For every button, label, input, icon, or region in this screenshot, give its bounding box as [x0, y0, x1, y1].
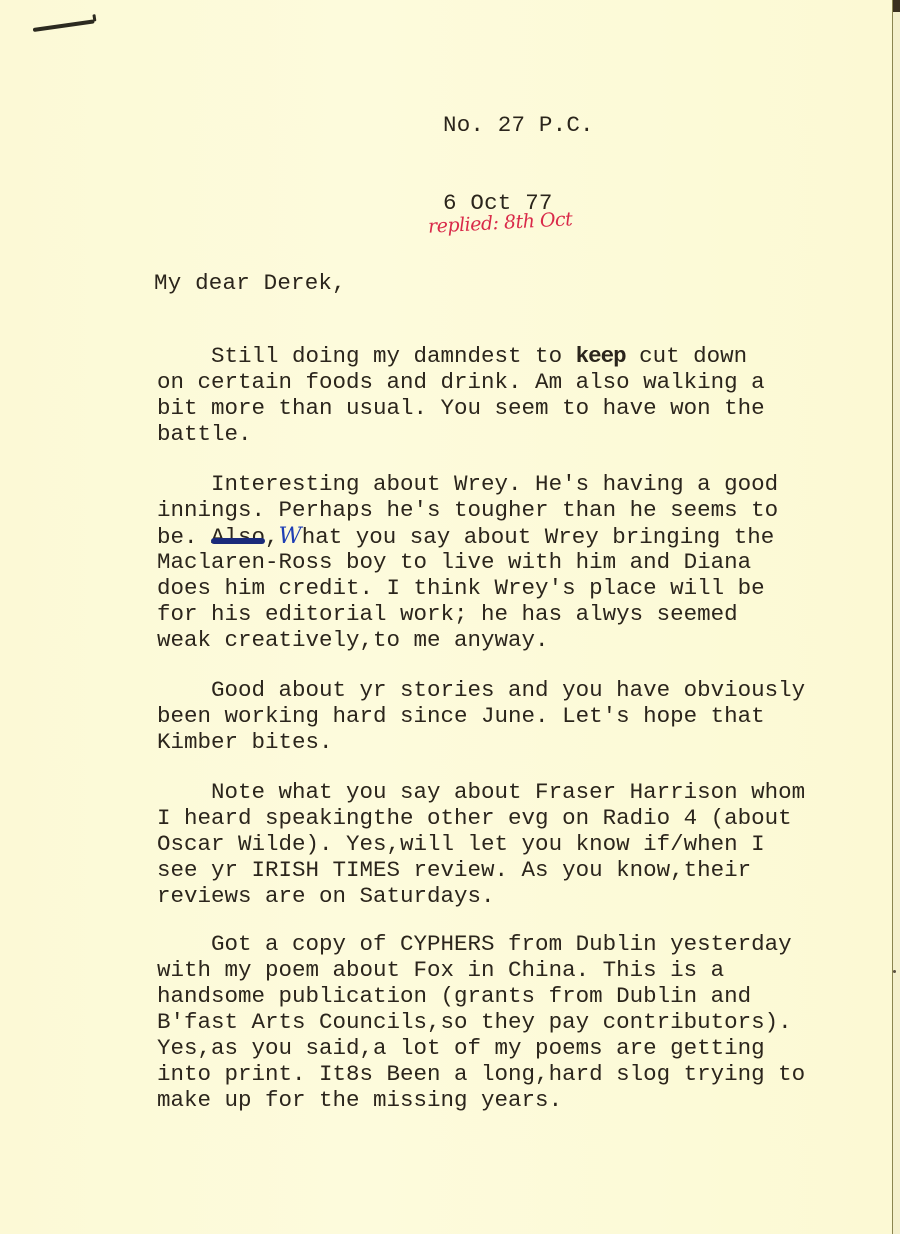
salutation: My dear Derek, [154, 270, 346, 296]
text-line: Oscar Wilde). Yes,will let you know if/w… [157, 831, 897, 857]
text-line: make up for the missing years. [157, 1087, 897, 1113]
text-line: for his editorial work; he has alwys see… [157, 601, 897, 627]
paragraph-stories: Good about yr stories and you have obvio… [157, 677, 897, 755]
text-line: on certain foods and drink. Am also walk… [157, 369, 897, 395]
text-line: bit more than usual. You seem to have wo… [157, 395, 897, 421]
text-line: with my poem about Fox in China. This is… [157, 957, 897, 983]
page-edge-shadow [893, 0, 900, 12]
text-line: weak creatively,to me anyway. [157, 627, 897, 653]
text-line: reviews are on Saturdays. [157, 883, 897, 909]
handwritten-correction: W [279, 523, 302, 549]
struck-word: keep [576, 343, 626, 369]
letter-reference: No. 27 P.C. [443, 112, 594, 138]
text-line: Got a copy of CYPHERS from Dublin yester… [157, 931, 897, 957]
text-line: battle. [157, 421, 897, 447]
text-line: does him credit. I think Wrey's place wi… [157, 575, 897, 601]
text-line: Good about yr stories and you have obvio… [157, 677, 897, 703]
text-line: innings. Perhaps he's tougher than he se… [157, 497, 897, 523]
text-line: handsome publication (grants from Dublin… [157, 983, 897, 1009]
text-line: Note what you say about Fraser Harrison … [157, 779, 897, 805]
text-line: I heard speakingthe other evg on Radio 4… [157, 805, 897, 831]
text-line: been working hard since June. Let's hope… [157, 703, 897, 729]
text-line: be. Also,What you say about Wrey bringin… [157, 523, 897, 549]
paragraph-cyphers: Got a copy of CYPHERS from Dublin yester… [157, 931, 897, 1113]
paragraph-diet: Still doing my damndest to keep cut down… [157, 343, 897, 447]
text-line: Interesting about Wrey. He's having a go… [157, 471, 897, 497]
paragraph-harrison: Note what you say about Fraser Harrison … [157, 779, 897, 909]
paragraph-wrey: Interesting about Wrey. He's having a go… [157, 471, 897, 653]
text-line: Still doing my damndest to keep cut down [157, 343, 897, 369]
text-line: B'fast Arts Councils,so they pay contrib… [157, 1009, 897, 1035]
struck-word: Also [211, 524, 265, 550]
text-line: Kimber bites. [157, 729, 897, 755]
text-line: Maclaren-Ross boy to live with him and D… [157, 549, 897, 575]
text-line: Yes,as you said,a lot of my poems are ge… [157, 1035, 897, 1061]
text-line: into print. It8s Been a long,hard slog t… [157, 1061, 897, 1087]
text-line: see yr IRISH TIMES review. As you know,t… [157, 857, 897, 883]
